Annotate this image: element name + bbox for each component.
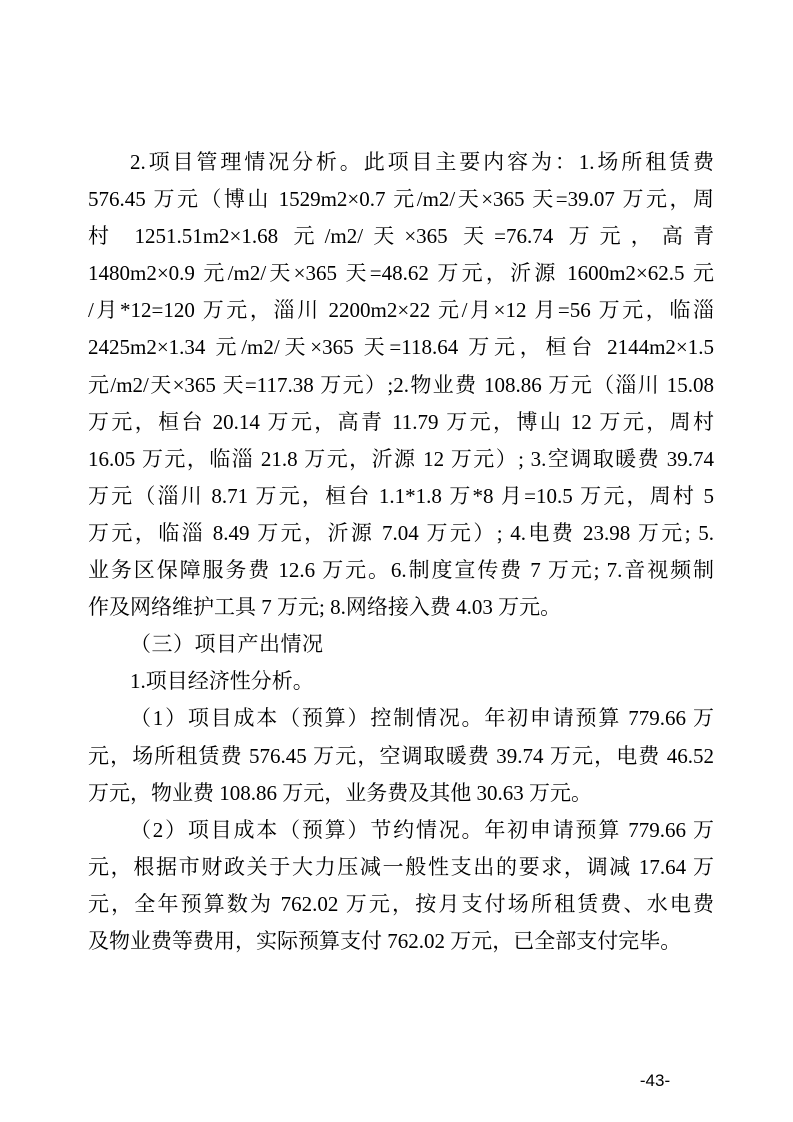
- text-line: 元/m2/天×365 天=117.38 万元）;2.物业费 108.86 万元（…: [88, 367, 714, 404]
- text-line: 16.05 万元，临淄 21.8 万元，沂源 12 万元）; 3.空调取暖费 3…: [88, 441, 714, 478]
- text-line: 2.项目管理情况分析。此项目主要内容为：1.场所租赁费: [88, 144, 714, 181]
- text-line: 万元，桓台 20.14 万元，高青 11.79 万元，博山 12 万元，周村: [88, 404, 714, 441]
- text-line: 576.45 万元（博山 1529m2×0.7 元/m2/天×365 天=39.…: [88, 181, 714, 218]
- section-heading: （三）项目产出情况: [88, 626, 714, 663]
- text-line: （2）项目成本（预算）节约情况。年初申请预算 779.66 万: [88, 812, 714, 849]
- text-block: 2.项目管理情况分析。此项目主要内容为：1.场所租赁费 576.45 万元（博山…: [88, 144, 714, 960]
- text-line: 2425m2×1.34 元/m2/天×365 天=118.64 万元，桓台 21…: [88, 329, 714, 366]
- text-line: 万元，临淄 8.49 万元，沂源 7.04 万元）; 4.电费 23.98 万元…: [88, 515, 714, 552]
- text-line: 元，根据市财政关于大力压减一般性支出的要求，调减 17.64 万: [88, 849, 714, 886]
- text-line: 及物业费等费用，实际预算支付 762.02 万元，已全部支付完毕。: [88, 923, 714, 960]
- page-number: -43-: [610, 1071, 700, 1091]
- text-line: （1）项目成本（预算）控制情况。年初申请预算 779.66 万: [88, 700, 714, 737]
- text-line: 1480m2×0.9 元/m2/天×365 天=48.62 万元，沂源 1600…: [88, 255, 714, 292]
- text-line: 村 1251.51m2×1.68 元/m2/天×365 天=76.74 万元，高…: [88, 218, 714, 255]
- text-line: 万元（淄川 8.71 万元，桓台 1.1*1.8 万*8 月=10.5 万元，周…: [88, 478, 714, 515]
- text-line: 元，全年预算数为 762.02 万元，按月支付场所租赁费、水电费: [88, 886, 714, 923]
- text-line: 万元，物业费 108.86 万元，业务费及其他 30.63 万元。: [88, 775, 714, 812]
- text-line: /月*12=120 万元，淄川 2200m2×22 元/月×12 月=56 万元…: [88, 292, 714, 329]
- text-line: 作及网络维护工具 7 万元; 8.网络接入费 4.03 万元。: [88, 589, 714, 626]
- document-page: 2.项目管理情况分析。此项目主要内容为：1.场所租赁费 576.45 万元（博山…: [0, 0, 793, 1122]
- text-line: 元，场所租赁费 576.45 万元，空调取暖费 39.74 万元，电费 46.5…: [88, 738, 714, 775]
- subsection-heading: 1.项目经济性分析。: [88, 663, 714, 700]
- text-line: 业务区保障服务费 12.6 万元。6.制度宣传费 7 万元; 7.音视频制: [88, 552, 714, 589]
